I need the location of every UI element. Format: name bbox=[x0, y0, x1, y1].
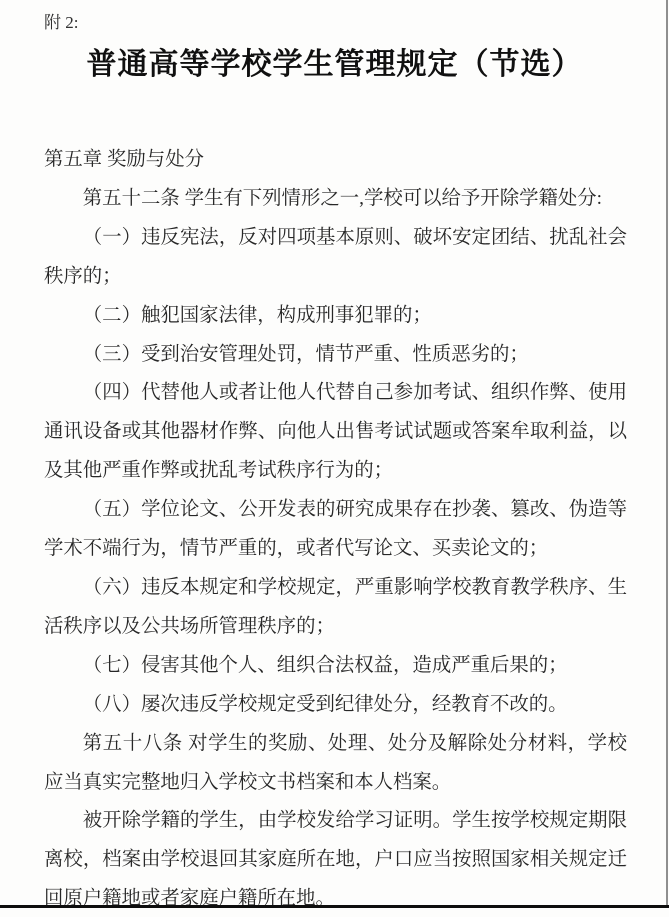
paragraph-item-1: （一）违反宪法，反对四项基本原则、破坏安定团结、扰乱社会秩序的； bbox=[44, 219, 627, 297]
paragraph-item-4: （四）代替他人或者让他人代替自己参加考试、组织作弊、使用通讯设备或其他器材作弊、… bbox=[44, 374, 627, 491]
attachment-label: 附 2: bbox=[44, 12, 669, 34]
document-title: 普通高等学校学生管理规定（节选） bbox=[0, 46, 669, 84]
paragraph-article-52: 第五十二条 学生有下列情形之一,学校可以给予开除学籍处分: bbox=[44, 180, 627, 219]
paragraph-article-58: 第五十八条 对学生的奖励、处理、处分及解除处分材料，学校应当真实完整地归入学校文… bbox=[44, 725, 627, 803]
paragraph-item-5: （五）学位论文、公开发表的研究成果存在抄袭、篡改、伪造等学术不端行为，情节严重的… bbox=[44, 491, 627, 569]
scanned-document-page: 附 2: 普通高等学校学生管理规定（节选） 第五章 奖励与处分 第五十二条 学生… bbox=[0, 0, 669, 917]
paragraph-item-8: （八）屡次违反学校规定受到纪律处分，经教育不改的。 bbox=[44, 686, 627, 725]
paragraph-item-7: （七）侵害其他个人、组织合法权益，造成严重后果的； bbox=[44, 647, 627, 686]
scan-edge-vertical-line bbox=[666, 0, 668, 906]
document-body: 第五章 奖励与处分 第五十二条 学生有下列情形之一,学校可以给予开除学籍处分: … bbox=[44, 141, 627, 917]
paragraph-item-6: （六）违反本规定和学校规定，严重影响学校教育教学秩序、生活秩序以及公共场所管理秩… bbox=[44, 569, 627, 647]
scan-edge-bottom-line bbox=[0, 905, 669, 908]
chapter-heading: 第五章 奖励与处分 bbox=[44, 141, 627, 180]
paragraph-item-2: （二）触犯国家法律，构成刑事犯罪的； bbox=[44, 297, 627, 336]
paragraph-expelled-students: 被开除学籍的学生，由学校发给学习证明。学生按学校规定期限离校，档案由学校退回其家… bbox=[44, 802, 627, 917]
paragraph-item-3: （三）受到治安管理处罚，情节严重、性质恶劣的； bbox=[44, 336, 627, 375]
